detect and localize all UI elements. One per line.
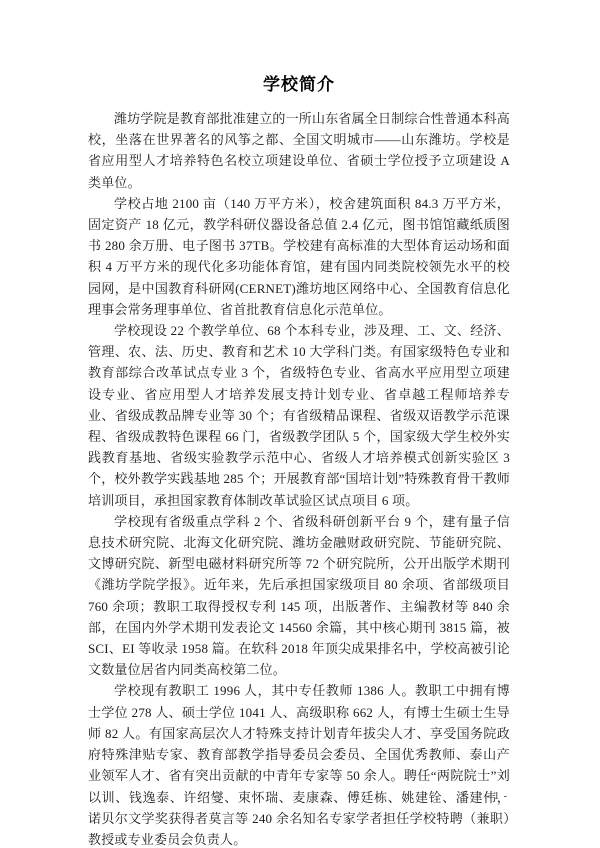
paragraph-academics: 学校现设 22 个教学单位、68 个本科专业，涉及理、工、文、经济、管理、农、法… bbox=[88, 320, 510, 511]
paragraph-faculty: 学校现有教职工 1996 人，其中专任教师 1386 人。教职工中拥有博士学位 … bbox=[88, 680, 510, 848]
paragraph-research: 学校现有省级重点学科 2 个、省级科研创新平台 9 个，建有量子信息技术研究院、… bbox=[88, 511, 510, 681]
paragraph-intro: 潍坊学院是教育部批准建立的一所山东省属全日制综合性普通本科高校，坐落在世界著名的… bbox=[88, 108, 510, 193]
paragraph-campus-facilities: 学校占地 2100 亩（140 万平方米），校舍建筑面积 84.3 万平方米，固… bbox=[88, 193, 510, 320]
document-body: 潍坊学院是教育部批准建立的一所山东省属全日制综合性普通本科高校，坐落在世界著名的… bbox=[88, 108, 510, 848]
page-number: - 1 - bbox=[486, 791, 508, 803]
document-title: 学校简介 bbox=[88, 75, 510, 95]
document-page: 学校简介 潍坊学院是教育部批准建立的一所山东省属全日制综合性普通本科高校，坐落在… bbox=[0, 0, 600, 848]
